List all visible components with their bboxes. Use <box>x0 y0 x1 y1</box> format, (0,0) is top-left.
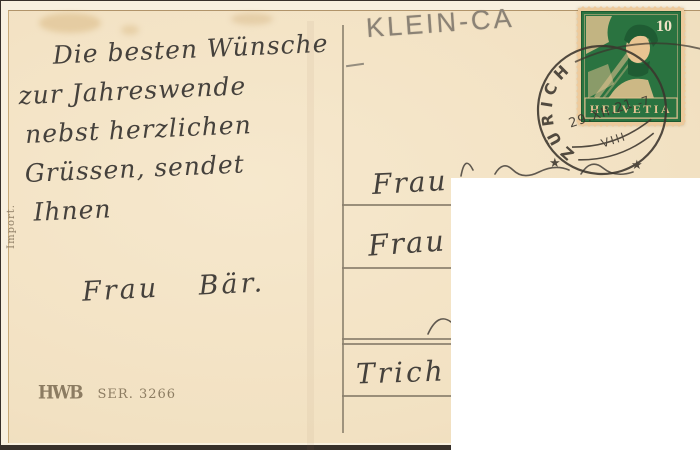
handwritten-message: Die besten Wünsche zur Jahreswende nebst… <box>16 23 354 232</box>
series-number: SER. 3266 <box>98 387 177 402</box>
paper-stain <box>39 13 101 33</box>
publisher-monogram: HWB <box>38 382 82 404</box>
postmark-date: 29.XII.21 <box>567 96 635 131</box>
paper-stain <box>231 13 273 25</box>
postmark-time: -7 <box>636 93 652 110</box>
address-line1-text: Frau <box>371 164 448 201</box>
address-line4-text: Trich <box>355 354 446 390</box>
address-line2-text: Frau <box>367 223 447 262</box>
postcard-scan: Import. HWB SER. 3266 Die besten Wünsche… <box>0 0 700 450</box>
postmark-star: ★ <box>549 156 561 171</box>
stamp-perforation <box>580 5 682 8</box>
publisher-imprint: HWB SER. 3266 <box>38 383 176 403</box>
import-imprint: Import. <box>6 204 17 249</box>
postmark-star: ★ <box>631 158 643 173</box>
zurich-postmark: ZÜRICH 29.XII.21 -7 VIII ★ ★ <box>505 20 700 190</box>
privacy-overlay-box <box>451 178 700 450</box>
postmark-district: VIII <box>599 129 628 150</box>
